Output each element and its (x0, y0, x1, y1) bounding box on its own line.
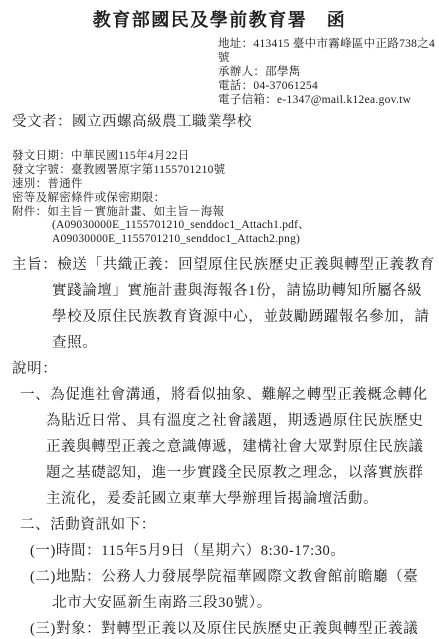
meta-line: 密等及解密條件或保密期限： (12, 191, 439, 205)
explanation-item-2: 二、活動資訊如下： (0, 512, 439, 538)
letter-body: 主旨：檢送「共織正義：回望原住民族歷史正義與轉型正義教育實踐論壇」實施計畫與海報… (0, 252, 439, 639)
contact-line: 電話：04-37061254 (218, 79, 439, 93)
explanation-heading: 說明： (0, 356, 439, 382)
body-line: 主旨：檢送「共織正義：回望原住民族歷史正義與轉型正義教育 (0, 252, 439, 278)
body-line: 實踐論壇」實施計畫與海報各1份，請協助轉知所屬各級 (0, 278, 439, 304)
body-line: 主流化，爰委託國立東華大學辦理旨揭論壇活動。 (0, 486, 439, 512)
attachment-filenames: (A09030000E_1155701210_senddoc1_Attach1.… (52, 219, 439, 246)
body-line: 正義與轉型正義之意識傳遞，建構社會大眾對原住民族議 (0, 434, 439, 460)
contact-line: 電子信箱：e-1347@mail.k12ea.gov.tw (218, 93, 439, 107)
contact-line: 地址：413415 臺中市霧峰區中正路738之4 (218, 37, 439, 51)
official-letter-document: 教育部國民及學前教育署 函 地址：413415 臺中市霧峰區中正路738之4號承… (0, 0, 439, 639)
event-audience: (三)對象：對轉型正義以及原住民族歷史正義與轉型正義議 (0, 616, 439, 639)
meta-line: 速別：普通件 (12, 177, 439, 191)
sender-contact-block: 地址：413415 臺中市霧峰區中正路738之4號承辦人：邵學雋電話：04-37… (218, 37, 439, 107)
recipient-line: 受文者：國立西螺高級農工職業學校 (12, 112, 439, 132)
contact-line: 承辦人：邵學雋 (218, 65, 439, 79)
body-line: 北市大安區新生南路三段30號）。 (0, 590, 439, 616)
subject-paragraph: 主旨：檢送「共織正義：回望原住民族歷史正義與轉型正義教育實踐論壇」實施計畫與海報… (0, 252, 439, 356)
event-location: (二)地點：公務人力發展學院福華國際文教會館前瞻廳（臺北市大安區新生南路三段30… (0, 564, 439, 616)
attachment-filename-line: (A09030000E_1155701210_senddoc1_Attach1.… (52, 219, 439, 233)
body-line: 一、為促進社會溝通，將看似抽象、難解之轉型正義概念轉化 (0, 382, 439, 408)
body-line: (一)時間：115年5月9日（星期六）8:30-17:30。 (0, 538, 439, 564)
document-title: 教育部國民及學前教育署 函 (0, 8, 439, 32)
meta-line: 發文字號：臺教國署原字第1155701210號 (12, 163, 439, 177)
meta-line: 發文日期：中華民國115年4月22日 (12, 149, 439, 163)
explanation-item-1: 一、為促進社會溝通，將看似抽象、難解之轉型正義概念轉化為貼近日常、具有溫度之社會… (0, 382, 439, 512)
contact-line: 號 (218, 51, 439, 65)
body-line: 查照。 (0, 330, 439, 356)
meta-line: 附件：如主旨－實施計畫、如主旨－海報 (12, 205, 439, 219)
body-line: 二、活動資訊如下： (0, 512, 439, 538)
event-time: (一)時間：115年5月9日（星期六）8:30-17:30。 (0, 538, 439, 564)
body-line: (三)對象：對轉型正義以及原住民族歷史正義與轉型正義議 (0, 616, 439, 639)
body-line: 為貼近日常、具有溫度之社會議題，期透過原住民族歷史 (0, 408, 439, 434)
document-meta-block: 發文日期：中華民國115年4月22日發文字號：臺教國署原字第1155701210… (12, 149, 439, 219)
body-line: (二)地點：公務人力發展學院福華國際文教會館前瞻廳（臺 (0, 564, 439, 590)
body-line: 題之基礎認知，進一步實踐全民原教之理念，以落實族群 (0, 460, 439, 486)
attachment-filename-line: A09030000E_1155701210_senddoc1_Attach2.p… (52, 233, 439, 247)
body-line: 學校及原住民族教育資源中心，並鼓勵踴躍報名參加，請 (0, 304, 439, 330)
body-line: 說明： (0, 356, 439, 382)
